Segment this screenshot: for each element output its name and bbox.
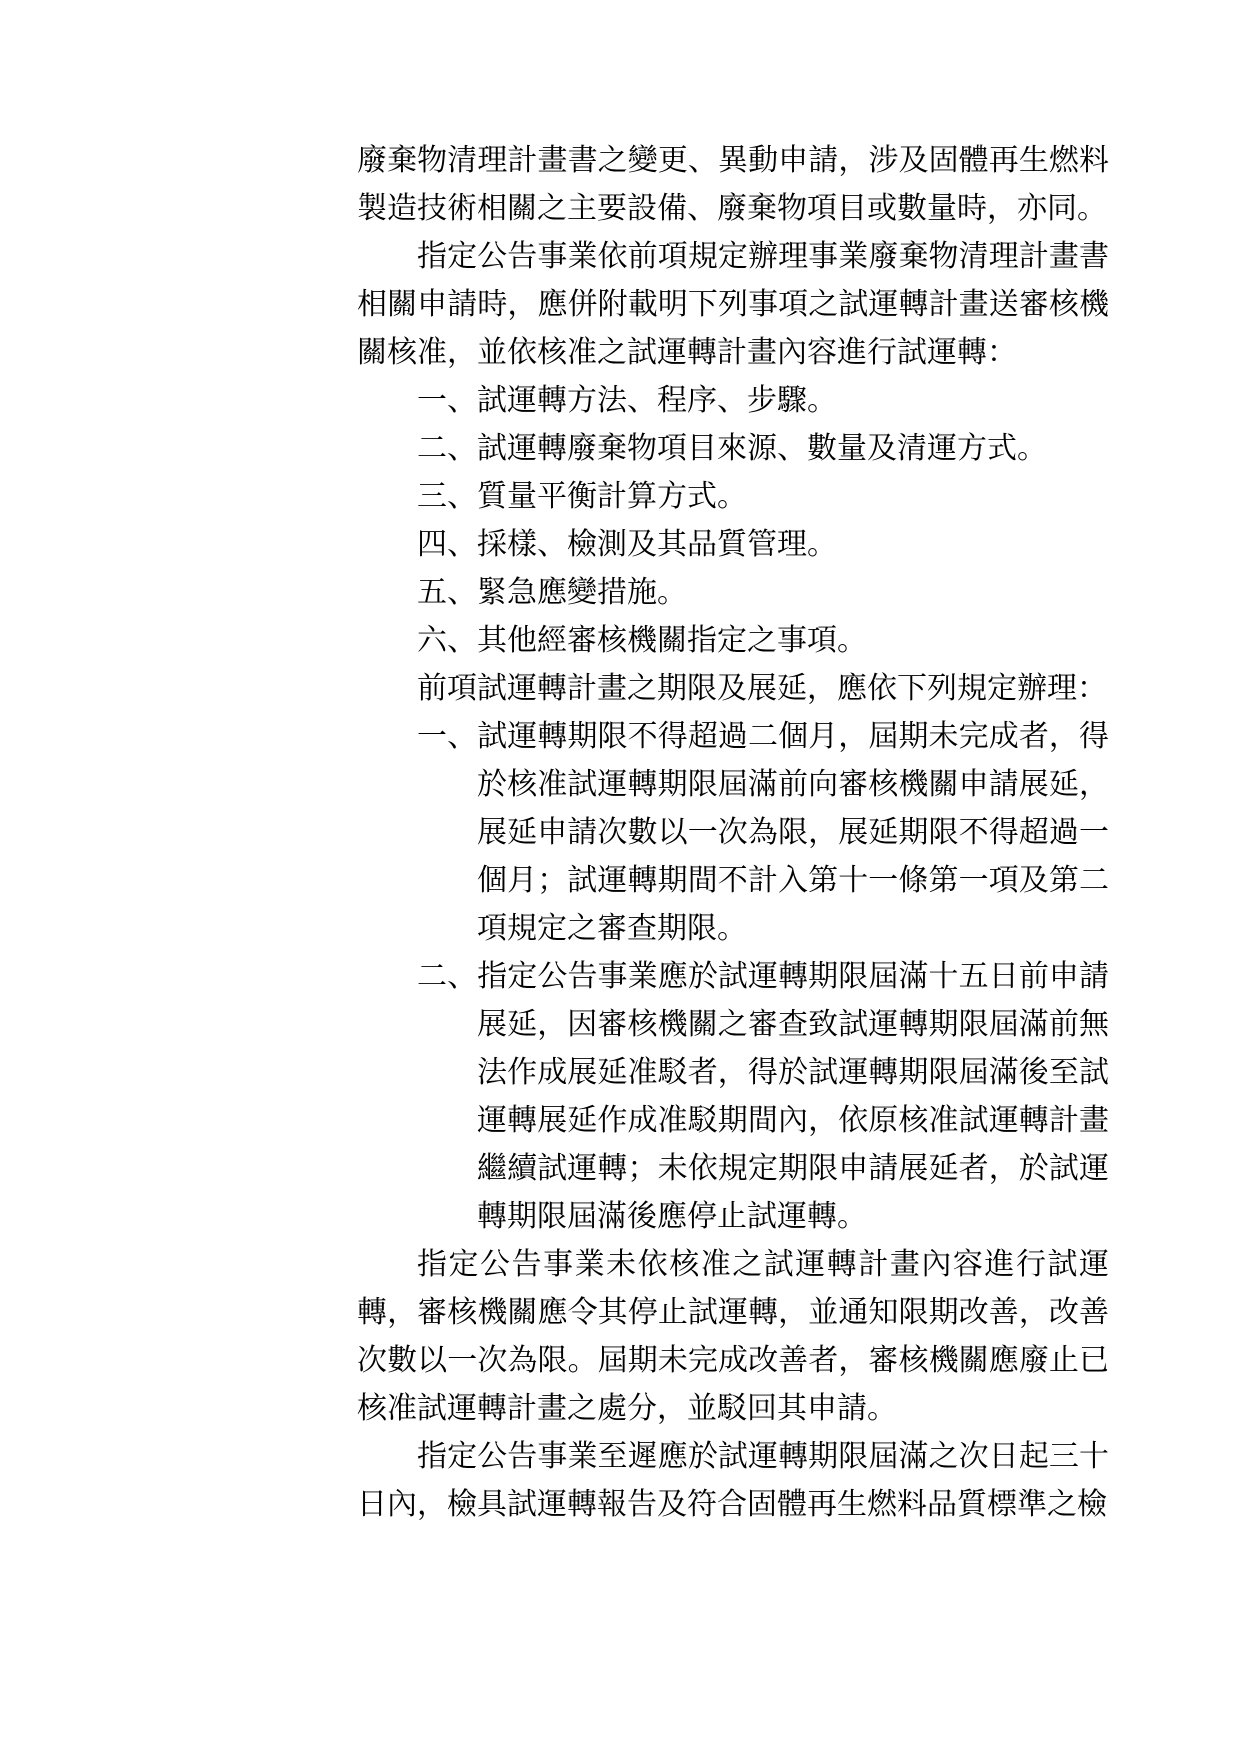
list-item: 一、試運轉方法、程序、步驟。 — [357, 377, 1109, 425]
list-item-marker: 二、 — [417, 431, 477, 466]
list-item-marker: 三、 — [417, 479, 477, 514]
list-item-text: 其他經審核機關指定之事項。 — [477, 623, 867, 658]
document-page: 廢棄物清理計畫書之變更、異動申請，涉及固體再生燃料製造技術相關之主要設備、廢棄物… — [0, 0, 1241, 1755]
list-item-marker: 六、 — [417, 623, 477, 658]
list-item: 四、採樣、檢測及其品質管理。 — [357, 521, 1109, 569]
list-item-marker: 五、 — [417, 575, 477, 610]
list-item-text: 質量平衡計算方式。 — [477, 479, 747, 514]
list-item-marker: 四、 — [417, 527, 477, 562]
list-item: 六、其他經審核機關指定之事項。 — [357, 617, 1109, 665]
list-item-marker: 一、 — [417, 719, 477, 754]
list-item-text: 試運轉廢棄物項目來源、數量及清運方式。 — [477, 431, 1047, 466]
list-item-text: 指定公告事業應於試運轉期限屆滿十五日前申請展延，因審核機關之審查致試運轉期限屆滿… — [477, 959, 1109, 1234]
paragraph: 廢棄物清理計畫書之變更、異動申請，涉及固體再生燃料製造技術相關之主要設備、廢棄物… — [357, 137, 1109, 233]
list-item-text: 試運轉方法、程序、步驟。 — [477, 383, 837, 418]
list-item-text: 試運轉期限不得超過二個月，屆期未完成者，得於核准試運轉期限屆滿前向審核機關申請展… — [477, 719, 1109, 946]
list-item: 一、試運轉期限不得超過二個月，屆期未完成者，得於核准試運轉期限屆滿前向審核機關申… — [357, 713, 1109, 953]
list-item: 五、緊急應變措施。 — [357, 569, 1109, 617]
paragraph: 指定公告事業至遲應於試運轉期限屆滿之次日起三十日內，檢具試運轉報告及符合固體再生… — [357, 1433, 1109, 1529]
list-item-marker: 二、 — [417, 959, 477, 994]
list-item-marker: 一、 — [417, 383, 477, 418]
list-item: 二、試運轉廢棄物項目來源、數量及清運方式。 — [357, 425, 1109, 473]
document-text-block: 廢棄物清理計畫書之變更、異動申請，涉及固體再生燃料製造技術相關之主要設備、廢棄物… — [357, 137, 1109, 1529]
list-item-text: 採樣、檢測及其品質管理。 — [477, 527, 837, 562]
list-item: 二、指定公告事業應於試運轉期限屆滿十五日前申請展延，因審核機關之審查致試運轉期限… — [357, 953, 1109, 1241]
paragraph: 前項試運轉計畫之期限及展延，應依下列規定辦理： — [357, 665, 1109, 713]
list-item-text: 緊急應變措施。 — [477, 575, 687, 610]
list-item: 三、質量平衡計算方式。 — [357, 473, 1109, 521]
paragraph: 指定公告事業依前項規定辦理事業廢棄物清理計畫書相關申請時，應併附載明下列事項之試… — [357, 233, 1109, 377]
paragraph: 指定公告事業未依核准之試運轉計畫內容進行試運轉，審核機關應令其停止試運轉，並通知… — [357, 1241, 1109, 1433]
